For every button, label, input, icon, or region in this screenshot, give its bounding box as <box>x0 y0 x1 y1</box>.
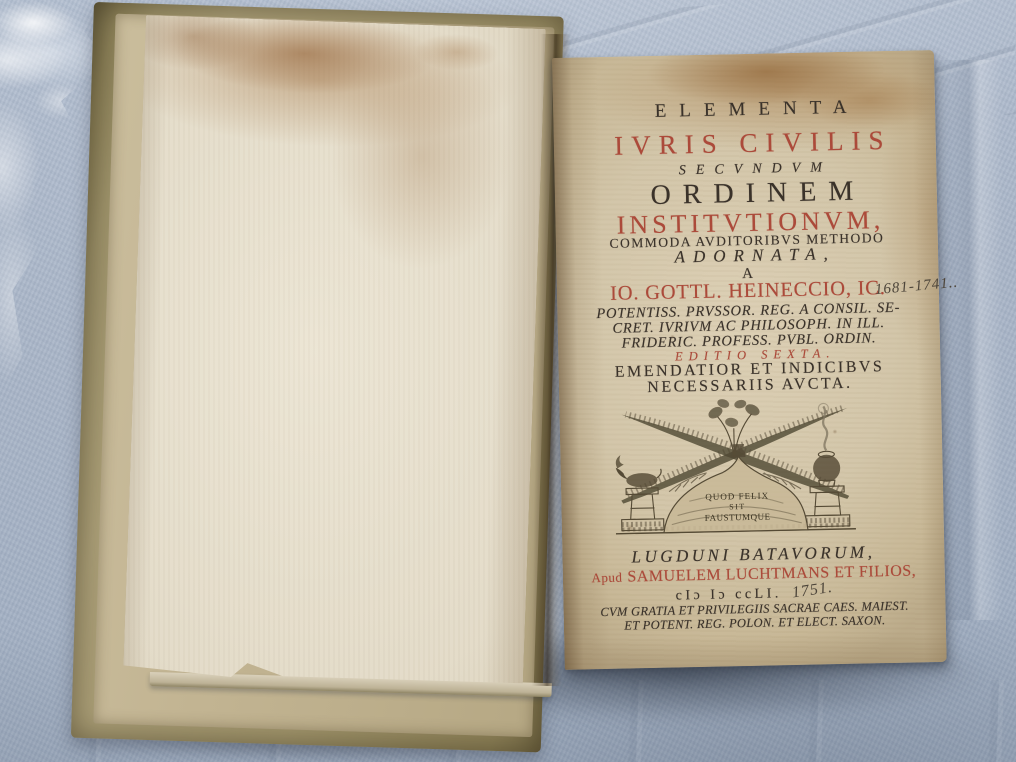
title-line-iuris-civilis: IVRIS CIVILIS <box>554 124 945 163</box>
title-line-elementa: ELEMENTA <box>553 95 948 125</box>
motto-line-2: SIT <box>729 502 746 511</box>
left-endpaper-page <box>123 15 546 689</box>
imprint-publisher-prefix: Apud <box>591 570 622 586</box>
photo-scene: ELEMENTA IVRIS CIVILIS SECVNDVM ORDINEM … <box>0 0 1016 762</box>
motto-line-3: FAUSTUMQUE <box>705 512 771 523</box>
title-page: ELEMENTA IVRIS CIVILIS SECVNDVM ORDINEM … <box>552 50 947 670</box>
motto-line-1: QUOD FELIX <box>705 491 769 502</box>
printer-device-engraving: QUOD FELIX SIT FAUSTUMQUE <box>609 396 860 539</box>
